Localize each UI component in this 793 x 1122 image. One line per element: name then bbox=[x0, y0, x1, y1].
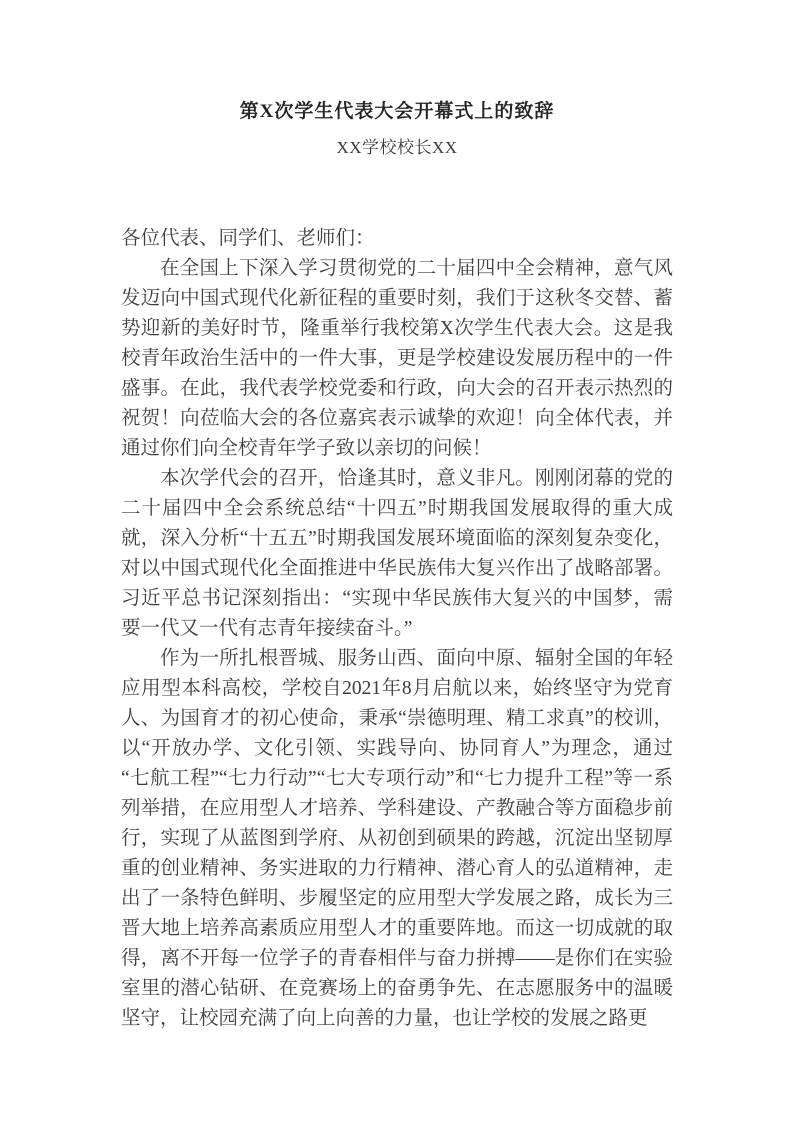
body-paragraph-3: 作为一所扎根晋城、服务山西、面向中原、辐射全国的年轻应用型本科高校，学校自202… bbox=[121, 644, 673, 1034]
document-page: 第X次学生代表大会开幕式上的致辞 XX学校校长XX 各位代表、同学们、老师们： … bbox=[0, 0, 793, 1122]
body-paragraph-2: 本次学代会的召开，恰逢其时，意义非凡。刚刚闭幕的党的二十届四中全会系统总结“十四… bbox=[121, 464, 673, 644]
body-paragraph-1: 在全国上下深入学习贯彻党的二十届四中全会精神，意气风发迈向中国式现代化新征程的重… bbox=[121, 254, 673, 464]
document-subtitle: XX学校校长XX bbox=[121, 137, 673, 159]
document-title: 第X次学生代表大会开幕式上的致辞 bbox=[121, 100, 673, 124]
document-body: 各位代表、同学们、老师们： 在全国上下深入学习贯彻党的二十届四中全会精神，意气风… bbox=[121, 224, 673, 1034]
salutation-line: 各位代表、同学们、老师们： bbox=[121, 224, 673, 254]
